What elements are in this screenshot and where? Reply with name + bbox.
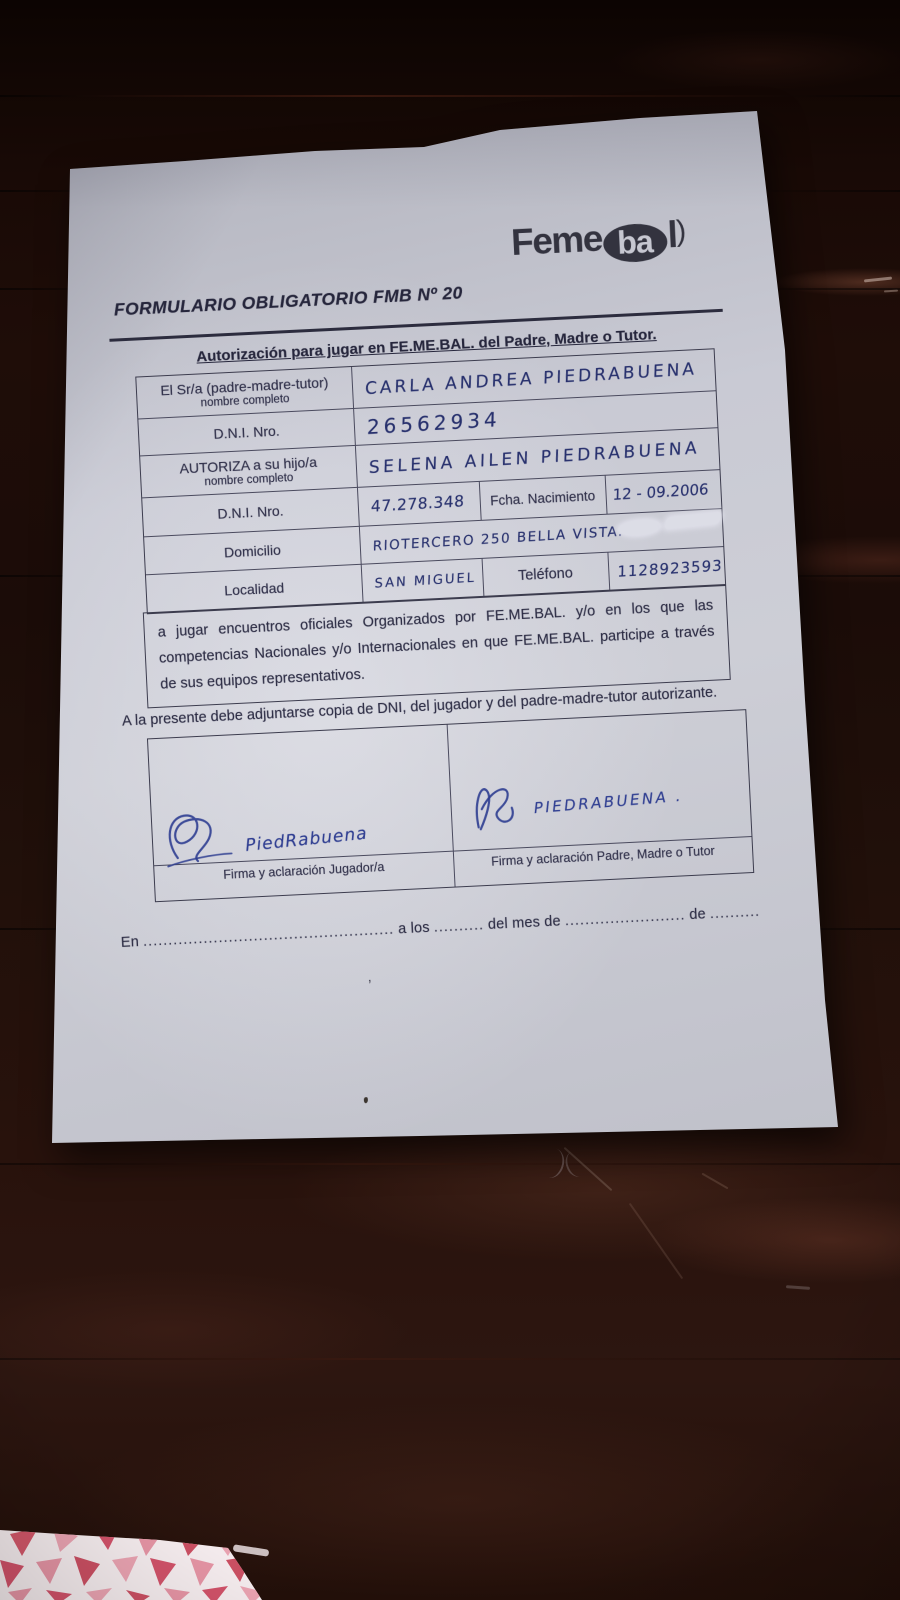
row-value-cell: 47.278.348 [358,482,481,526]
footer-word: de [689,906,706,923]
tutor-signature-name: PIEDRABUENA . [533,787,683,817]
handwritten-child-name: SELENA AILEN PIEDRABUENA [369,438,701,478]
label-text: Domicilio [224,541,282,560]
signature-cell-tutor: PIEDRABUENA . Firma y aclaración Padre, … [447,710,753,886]
footer-blank: .......... [709,904,760,922]
row-label-secondary: Fcha. Nacimiento [479,476,607,520]
signature-area: PIEDRABUENA . [447,710,751,850]
femebal-logo: Femebal) [510,214,687,269]
handwritten-parent-dni: 26562934 [367,407,501,439]
tutor-signature-icon [464,777,537,836]
signature-box: PiedRabuena Firma y aclaración Jugador/a… [147,709,754,902]
paper-sheet-wrap: Femebal) FORMULARIO OBLIGATORIO FMB Nº 2… [0,0,900,1600]
handwritten-phone: 1128923593 [617,557,723,581]
form-title: FORMULARIO OBLIGATORIO FMB Nº 20 [113,283,463,321]
row-value-cell: 12 - 09.2006 [605,470,721,514]
handwritten-child-dni: 47.278.348 [371,492,465,516]
footer-word: En [121,934,140,951]
handwritten-locality: SAN MIGUEL [374,570,476,591]
paper-speck [364,1097,368,1103]
signature-cell-player: PiedRabuena Firma y aclaración Jugador/a [148,725,455,901]
whiteout-smudge [664,512,722,530]
footer-blank: .......... [433,917,484,935]
paper-sheet: Femebal) FORMULARIO OBLIGATORIO FMB Nº 2… [0,0,900,1600]
form-content: Femebal) FORMULARIO OBLIGATORIO FMB Nº 2… [36,112,847,1208]
date-place-fill-line: En......................................… [121,902,801,951]
label-text: Teléfono [518,565,574,584]
player-signature-name: PiedRabuena [244,824,368,856]
label-text: AUTORIZA a su hijo/a [179,454,317,477]
handwritten-address: RIOTERCERO 250 BELLA VISTA. [372,523,623,554]
label-text: Localidad [224,580,285,599]
whiteout-smudge [618,519,661,536]
logo-oval-icon: ba [602,222,668,263]
footer-blank: ........................ [564,907,685,929]
logo-text-feme: Feme [510,218,603,263]
logo-arc-icon: ) [675,215,687,248]
label-text: Fcha. Nacimiento [490,488,596,508]
paragraph-text: a jugar encuentros oficiales Organizados… [157,598,714,693]
document-photo: { "photo": { "logo": {"part1": "Feme", "… [0,0,900,1600]
label-text: D.N.I. Nro. [213,423,280,442]
handwritten-parent-name: CARLA ANDREA PIEDRABUENA [365,359,698,399]
handwritten-birthdate: 12 - 09.2006 [612,480,709,504]
footer-word: a los [398,920,430,938]
footer-word: del mes de [488,913,562,933]
label-text: D.N.I. Nro. [217,503,284,522]
player-signature-icon [159,802,254,878]
footer-blank: ........................................… [143,922,395,950]
authorization-table: El Sr/a (padre-madre-tutor) nombre compl… [135,348,726,614]
stray-pen-mark: ’ [368,977,372,994]
signature-area: PiedRabuena [148,725,452,865]
